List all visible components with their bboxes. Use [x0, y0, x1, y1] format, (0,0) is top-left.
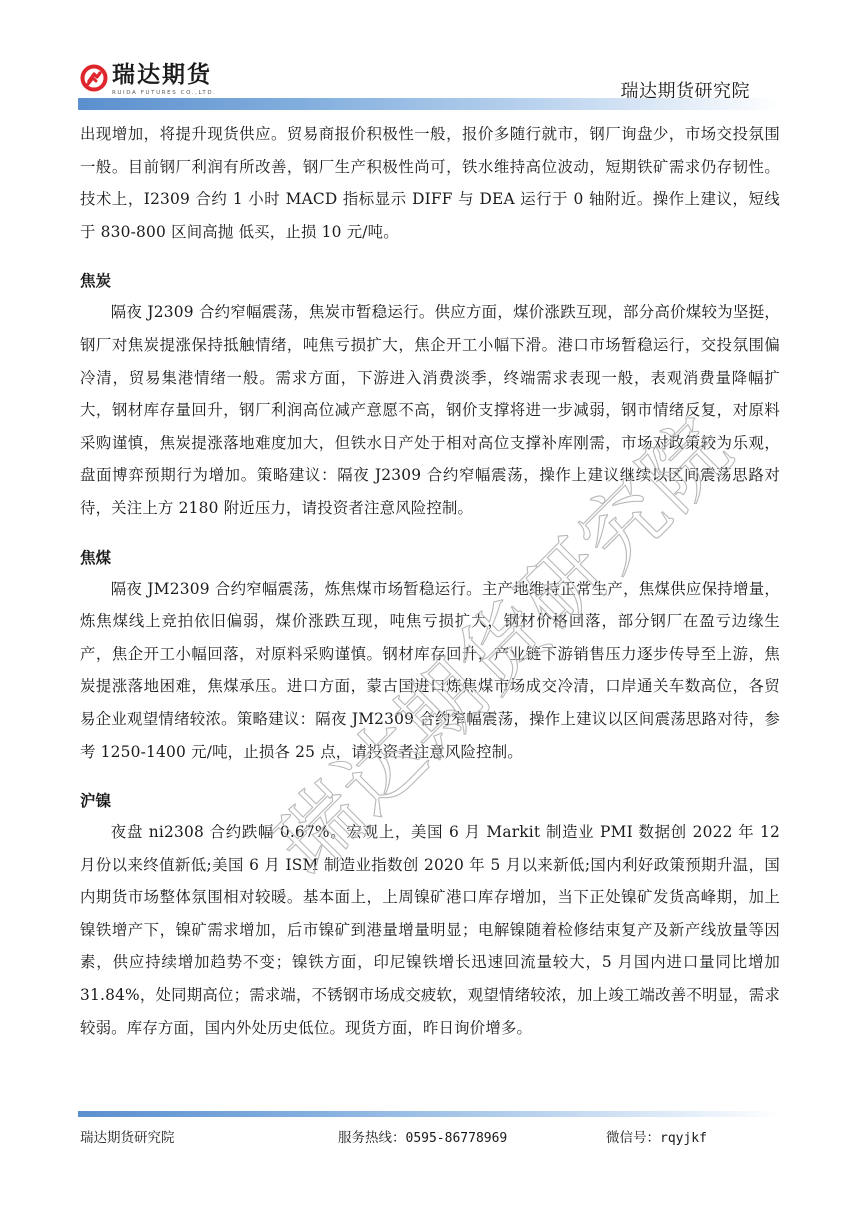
section-title: 沪镍 [80, 786, 780, 816]
section-title: 焦炭 [80, 266, 780, 296]
ruida-logo-icon [80, 64, 108, 92]
section-coking-coal: 焦煤 隔夜 JM2309 合约窄幅震荡，炼焦煤市场暂稳运行。主产地维持正常生产，… [80, 543, 780, 769]
company-logo: 瑞达期货 RUIDA FUTURES CO.,LTD. [80, 62, 217, 97]
footer-institute-name: 瑞达期货研究院 [80, 1126, 175, 1146]
logo-chinese-name: 瑞达期货 [112, 62, 217, 88]
section-body: 夜盘 ni2308 合约跌幅 0.67%。宏观上，美国 6 月 Markit 制… [80, 816, 780, 1044]
footer-hotline: 服务热线：0595-86778969 [338, 1126, 507, 1146]
wechat-id: rqyjkf [660, 1131, 707, 1146]
section-nickel: 沪镍 夜盘 ni2308 合约跌幅 0.67%。宏观上，美国 6 月 Marki… [80, 786, 780, 1044]
hotline-number: 0595-86778969 [406, 1131, 508, 1146]
footer-divider-bar [78, 1111, 780, 1117]
section-coke: 焦炭 隔夜 J2309 合约窄幅震荡，焦炭市暂稳运行。供应方面，煤价涨跌互现，部… [80, 266, 780, 524]
footer-wechat: 微信号：rqyjkf [606, 1126, 707, 1146]
page-footer: 瑞达期货研究院 服务热线：0595-86778969 微信号：rqyjkf [80, 1126, 780, 1146]
logo-english-name: RUIDA FUTURES CO.,LTD. [112, 89, 217, 97]
section-title: 焦煤 [80, 543, 780, 573]
hotline-label: 服务热线： [338, 1130, 406, 1146]
section-body: 隔夜 JM2309 合约窄幅震荡，炼焦煤市场暂稳运行。主产地维持正常生产，焦煤供… [80, 573, 780, 769]
intro-paragraph: 出现增加，将提升现货供应。贸易商报价积极性一般，报价多随行就市，钢厂询盘少，市场… [80, 118, 780, 248]
page-header: 瑞达期货 RUIDA FUTURES CO.,LTD. 瑞达期货研究院 [0, 0, 860, 110]
report-body: 出现增加，将提升现货供应。贸易商报价积极性一般，报价多随行就市，钢厂询盘少，市场… [80, 118, 780, 1044]
wechat-label: 微信号： [606, 1130, 660, 1146]
header-divider-bar [78, 98, 780, 110]
section-body: 隔夜 J2309 合约窄幅震荡，焦炭市暂稳运行。供应方面，煤价涨跌互现，部分高价… [80, 296, 780, 524]
